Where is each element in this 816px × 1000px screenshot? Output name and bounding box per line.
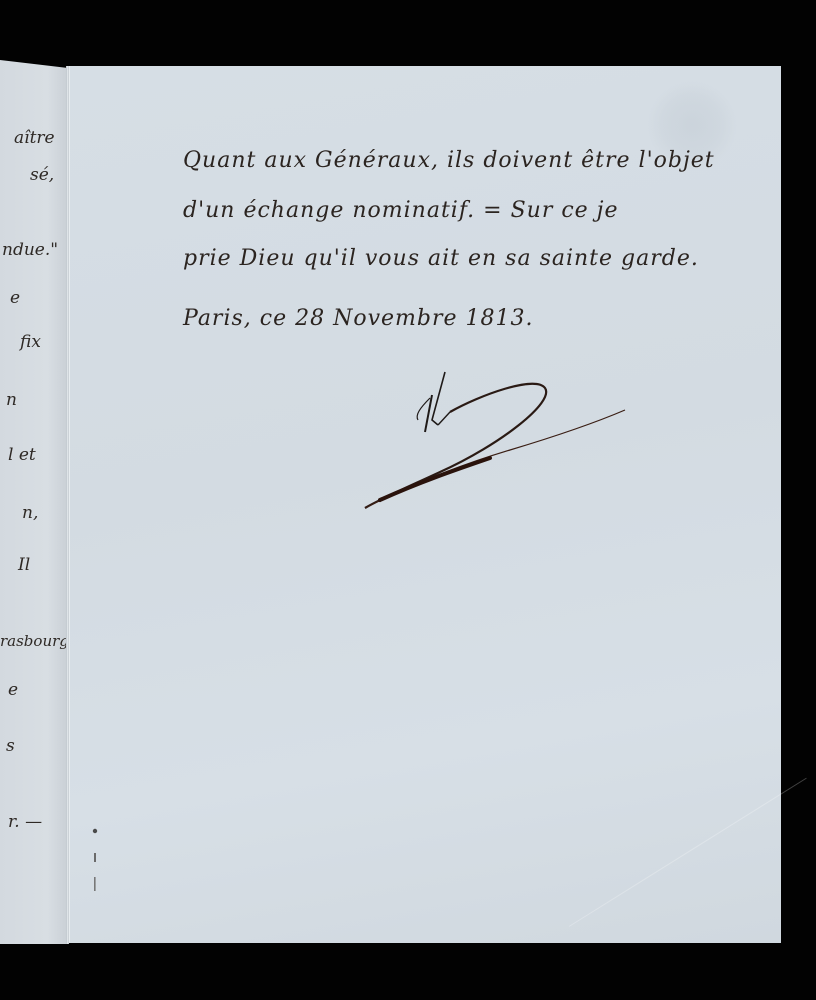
left-fragment: s [6,736,15,756]
left-fragment: n [6,390,17,410]
left-page: aître sé, ndue." e fix n l et n, Il rasb… [0,60,68,944]
napoleon-signature-icon [360,370,630,515]
paper-fold-crease [569,778,807,927]
left-fragment: e [10,288,20,308]
left-fragment: n, [22,503,38,523]
left-fragment: e [8,680,18,700]
dateline: Paris, ce 28 Novembre 1813. [183,306,533,331]
letter-line-3: prie Dieu qu'il vous ait en sa sainte ga… [183,246,699,271]
left-fragment: r. — [8,812,42,832]
left-fragment: aître [14,128,55,148]
left-fragment: l et [8,445,36,465]
left-fragment: ndue." [2,240,58,260]
pin-hole-marks-icon [90,825,100,895]
left-fragment: rasbourg [0,632,69,650]
left-fragment: sé, [30,165,54,185]
letter-line-1: Quant aux Généraux, ils doivent être l'o… [183,148,715,173]
left-fragment: fix [20,332,41,352]
letter-line-2: d'un échange nominatif. = Sur ce je [183,198,619,223]
left-fragment: Il [18,555,30,575]
